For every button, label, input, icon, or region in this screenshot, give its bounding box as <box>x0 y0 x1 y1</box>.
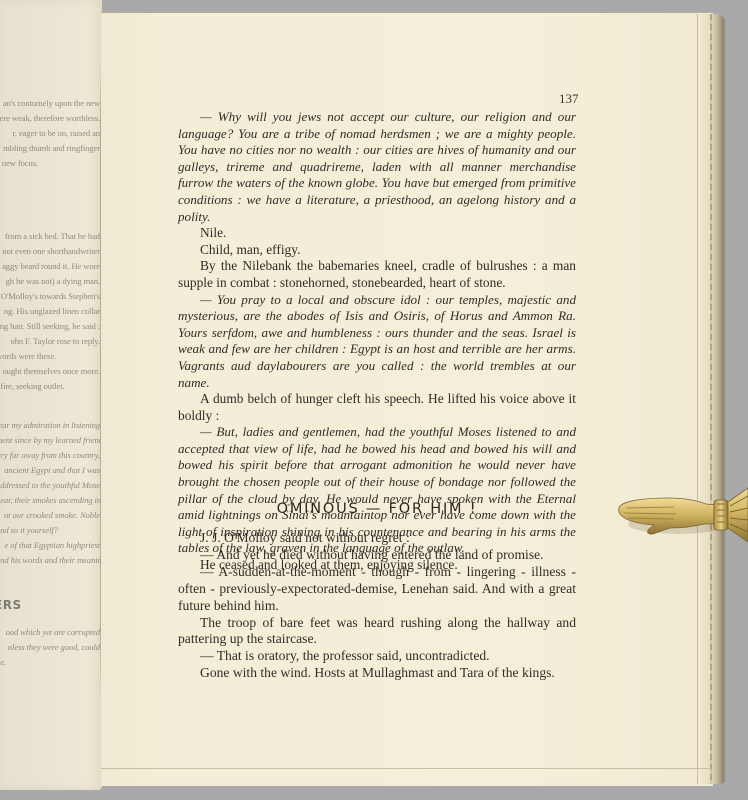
paragraph: Child, man, effigy. <box>178 242 576 259</box>
paragraph: — A-sudden-at-the-moment - though - from… <box>178 564 576 615</box>
left-page-text-line: l fire, seeking outlet. <box>0 381 100 391</box>
left-page-text-line: ohn F. Taylor rose to reply. <box>0 336 100 346</box>
left-page-text-line: from a sick bed. That he had <box>0 231 100 241</box>
left-page-text-line: ancient Egypt and that I was <box>0 465 100 475</box>
left-page-text-line: a new focus. <box>0 158 100 168</box>
paragraph: — And yet he died without having entered… <box>178 547 576 564</box>
left-page-text-line: an's contumely upon the new <box>0 98 100 108</box>
body-text-after-heading: J. J. O'Molloy said not without regret :… <box>178 530 576 682</box>
left-page-text-line: ere weak, therefore worthless. <box>0 113 100 123</box>
left-page-text-line: ut our crooked smoke. Noble <box>0 510 100 520</box>
left-page-text-line: r, eager to be on, raised an <box>0 128 100 138</box>
left-page-text-line: ood which yet are corrupted <box>0 627 100 637</box>
paragraph: A dumb belch of hunger cleft his speech.… <box>178 391 576 424</box>
paragraph: By the Nilebank the babemaries kneel, cr… <box>178 258 576 291</box>
paragraph: — You pray to a local and obscure idol :… <box>178 292 576 392</box>
left-page-text-line: and his words and their meaning <box>0 555 100 565</box>
left-page-text-line: not even one shorthandwriter <box>0 246 100 256</box>
paragraph: The troop of bare feet was heard rushing… <box>178 615 576 649</box>
left-page-text-line: and so it yourself? <box>0 525 100 535</box>
paragraph: J. J. O'Molloy said not without regret : <box>178 530 576 547</box>
left-page-text-line: nless they were good, could <box>0 642 100 652</box>
left-page-text-line: ng. His unglazed linen collar <box>0 306 100 316</box>
left-page-text-line: hear, their smokes ascending in <box>0 495 100 505</box>
left-page-text-line: ear my admiration in listening <box>0 420 100 430</box>
left-page-section-heading: ERS <box>0 598 98 612</box>
paragraph: Nile. <box>178 225 576 242</box>
deckle-fold-line <box>101 768 711 769</box>
page-edges <box>700 14 726 784</box>
left-page-text-line: gh he was not) a dying man. <box>0 276 100 286</box>
paragraph: Gone with the wind. Hosts at Mullaghmast… <box>178 665 576 682</box>
left-page-text-line: e of that Egyptian highpriest <box>0 540 100 550</box>
left-page: an's contumely upon the new ere weak, th… <box>0 0 102 790</box>
left-page-text-line: O'Molloy's towards Stephen's <box>0 291 100 301</box>
left-page-text-line: words were these. <box>0 351 100 361</box>
gutter <box>100 60 101 700</box>
paragraph: — That is oratory, the professor said, u… <box>178 648 576 665</box>
left-page-text-line: ought themselves once more. <box>0 366 100 376</box>
deckle-fold-line <box>697 14 698 784</box>
left-page-text-line: aggy beard round it. He wore <box>0 261 100 271</box>
section-heading: OMINOUS — FOR HIM ! <box>178 501 576 517</box>
left-page-text-line: try far away from this country, <box>0 450 100 460</box>
left-page-text-line: ne. <box>0 657 100 667</box>
page-number: 137 <box>559 91 579 107</box>
paragraph: — Why will you jews not accept our cultu… <box>178 109 576 225</box>
left-page-text-line: ing hair. Still seeking, he said : <box>0 321 100 331</box>
left-page-text-line: addressed to the youthful Moses. <box>0 480 100 490</box>
brass-hand-clasp-icon <box>618 480 748 546</box>
left-page-text-line: mbling thumb and ringfinger <box>0 143 100 153</box>
left-page-text-line: ment since by my learned friend. <box>0 435 100 445</box>
